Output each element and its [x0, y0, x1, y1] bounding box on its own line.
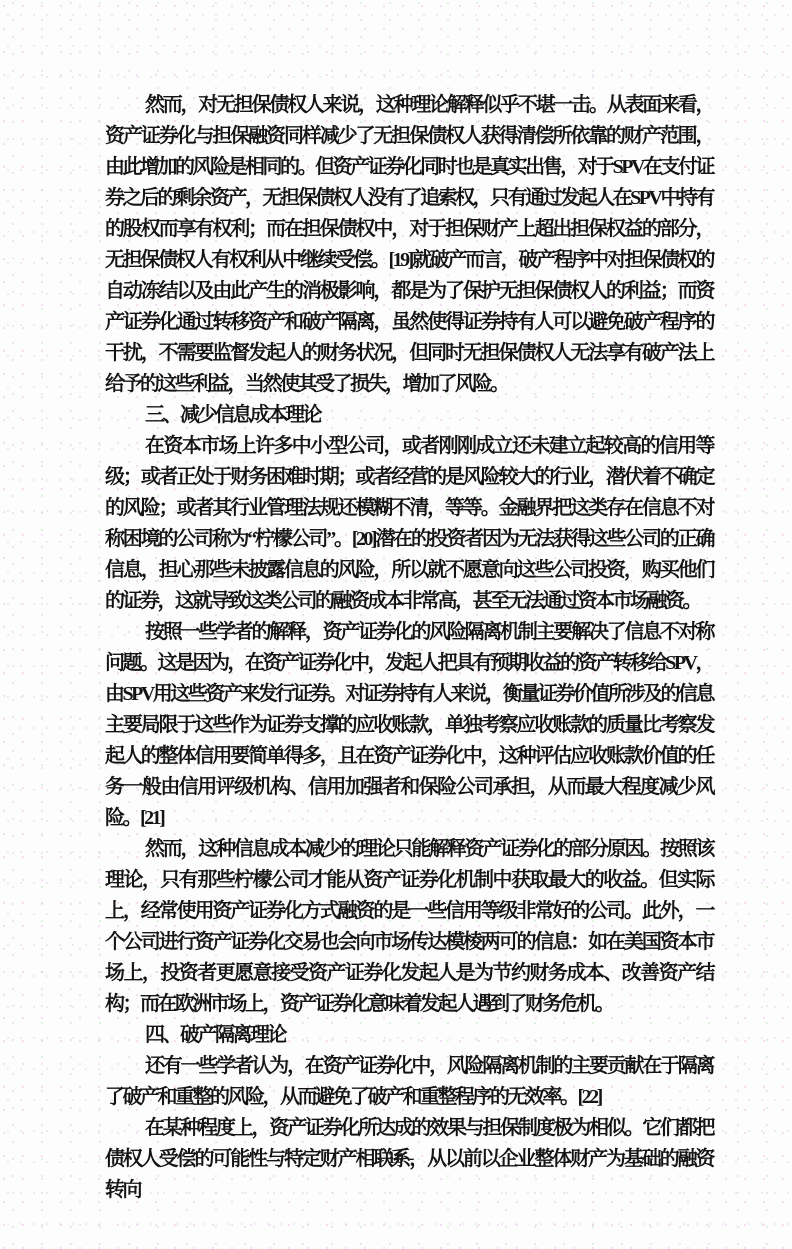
paragraph: 在资本市场上许多中小型公司，或者刚刚成立还未建立起较高的信用等级；或者正处于财务… [105, 431, 713, 617]
section-heading: 四、破产隔离理论 [105, 1020, 713, 1051]
document-page: 然而，对无担保债权人来说，这种理论解释似乎不堪一击。从表面来看，资产证券化与担保… [0, 0, 792, 1249]
paragraph: 还有一些学者认为，在资产证券化中，风险隔离机制的主要贡献在于隔离了破产和重整的风… [105, 1051, 713, 1113]
page-number: - 10 - [377, 1150, 415, 1167]
paragraph: 按照一些学者的解释，资产证券化的风险隔离机制主要解决了信息不对称问题。这是因为，… [105, 617, 713, 834]
page-footer: - 10 - [0, 1150, 792, 1168]
paragraph: 然而，对无担保债权人来说，这种理论解释似乎不堪一击。从表面来看，资产证券化与担保… [105, 90, 713, 400]
paragraph: 然而，这种信息成本减少的理论只能解释资产证券化的部分原因。按照该理论，只有那些柠… [105, 834, 713, 1020]
document-text-block: 然而，对无担保债权人来说，这种理论解释似乎不堪一击。从表面来看，资产证券化与担保… [105, 90, 713, 1206]
section-heading: 三、减少信息成本理论 [105, 400, 713, 431]
